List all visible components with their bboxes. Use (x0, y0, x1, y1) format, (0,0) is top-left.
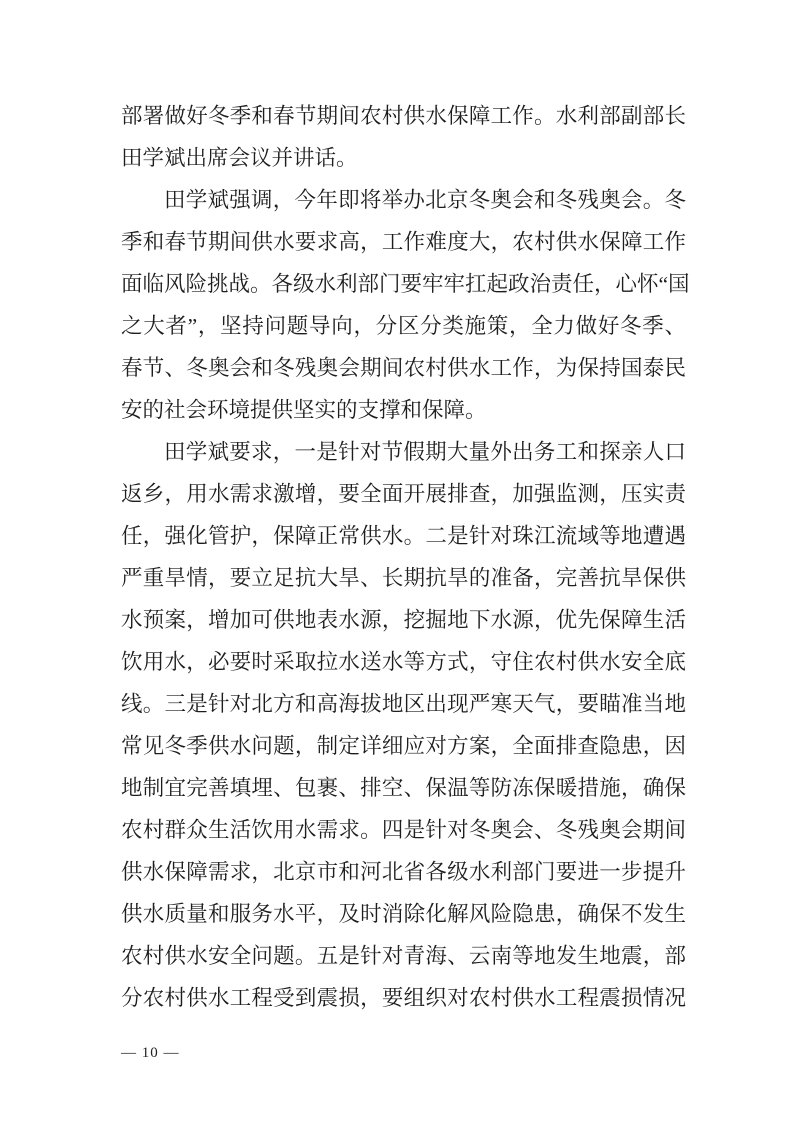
document-line: 供水质量和服务水平，及时消除化解风险隐患，确保不发生 (121, 893, 686, 935)
document-line: 线。三是针对北方和高海拔地区出现严寒天气，要瞄准当地 (121, 683, 686, 725)
document-line: 供水保障需求，北京市和河北省各级水利部门要进一步提升 (121, 851, 686, 893)
document-line: 季和春节期间供水要求高，工作难度大，农村供水保障工作 (121, 221, 686, 263)
document-line: 任，强化管护，保障正常供水。二是针对珠江流域等地遭遇 (121, 515, 686, 557)
document-line: 安的社会环境提供坚实的支撑和保障。 (121, 389, 686, 431)
document-body: 部署做好冬季和春节期间农村供水保障工作。水利部副部长田学斌出席会议并讲话。田学斌… (121, 95, 686, 1019)
document-line: 春节、冬奥会和冬残奥会期间农村供水工作，为保持国泰民 (121, 347, 686, 389)
document-line: 农村群众生活饮用水需求。四是针对冬奥会、冬残奥会期间 (121, 809, 686, 851)
document-line: 田学斌出席会议并讲话。 (121, 137, 686, 179)
document-line: 田学斌要求，一是针对节假期大量外出务工和探亲人口 (121, 431, 686, 473)
document-line: 之大者”，坚持问题导向，分区分类施策，全力做好冬季、 (121, 305, 686, 347)
document-line: 水预案，增加可供地表水源，挖掘地下水源，优先保障生活 (121, 599, 686, 641)
document-line: 饮用水，必要时采取拉水送水等方式，守住农村供水安全底 (121, 641, 686, 683)
document-line: 部署做好冬季和春节期间农村供水保障工作。水利部副部长 (121, 95, 686, 137)
document-line: 严重旱情，要立足抗大旱、长期抗旱的准备，完善抗旱保供 (121, 557, 686, 599)
document-line: 常见冬季供水问题，制定详细应对方案，全面排查隐患，因 (121, 725, 686, 767)
document-line: 田学斌强调，今年即将举办北京冬奥会和冬残奥会。冬 (121, 179, 686, 221)
document-line: 农村供水安全问题。五是针对青海、云南等地发生地震，部 (121, 935, 686, 977)
document-line: 分农村供水工程受到震损，要组织对农村供水工程震损情况 (121, 977, 686, 1019)
document-line: 返乡，用水需求激增，要全面开展排查，加强监测，压实责 (121, 473, 686, 515)
page-footer: — 10 — (121, 1044, 180, 1062)
document-page: 部署做好冬季和春节期间农村供水保障工作。水利部副部长田学斌出席会议并讲话。田学斌… (0, 0, 800, 1131)
document-line: 地制宜完善填埋、包裹、排空、保温等防冻保暖措施，确保 (121, 767, 686, 809)
document-line: 面临风险挑战。各级水利部门要牢牢扛起政治责任，心怀“国 (121, 263, 686, 305)
page-number: — 10 — (121, 1045, 180, 1061)
